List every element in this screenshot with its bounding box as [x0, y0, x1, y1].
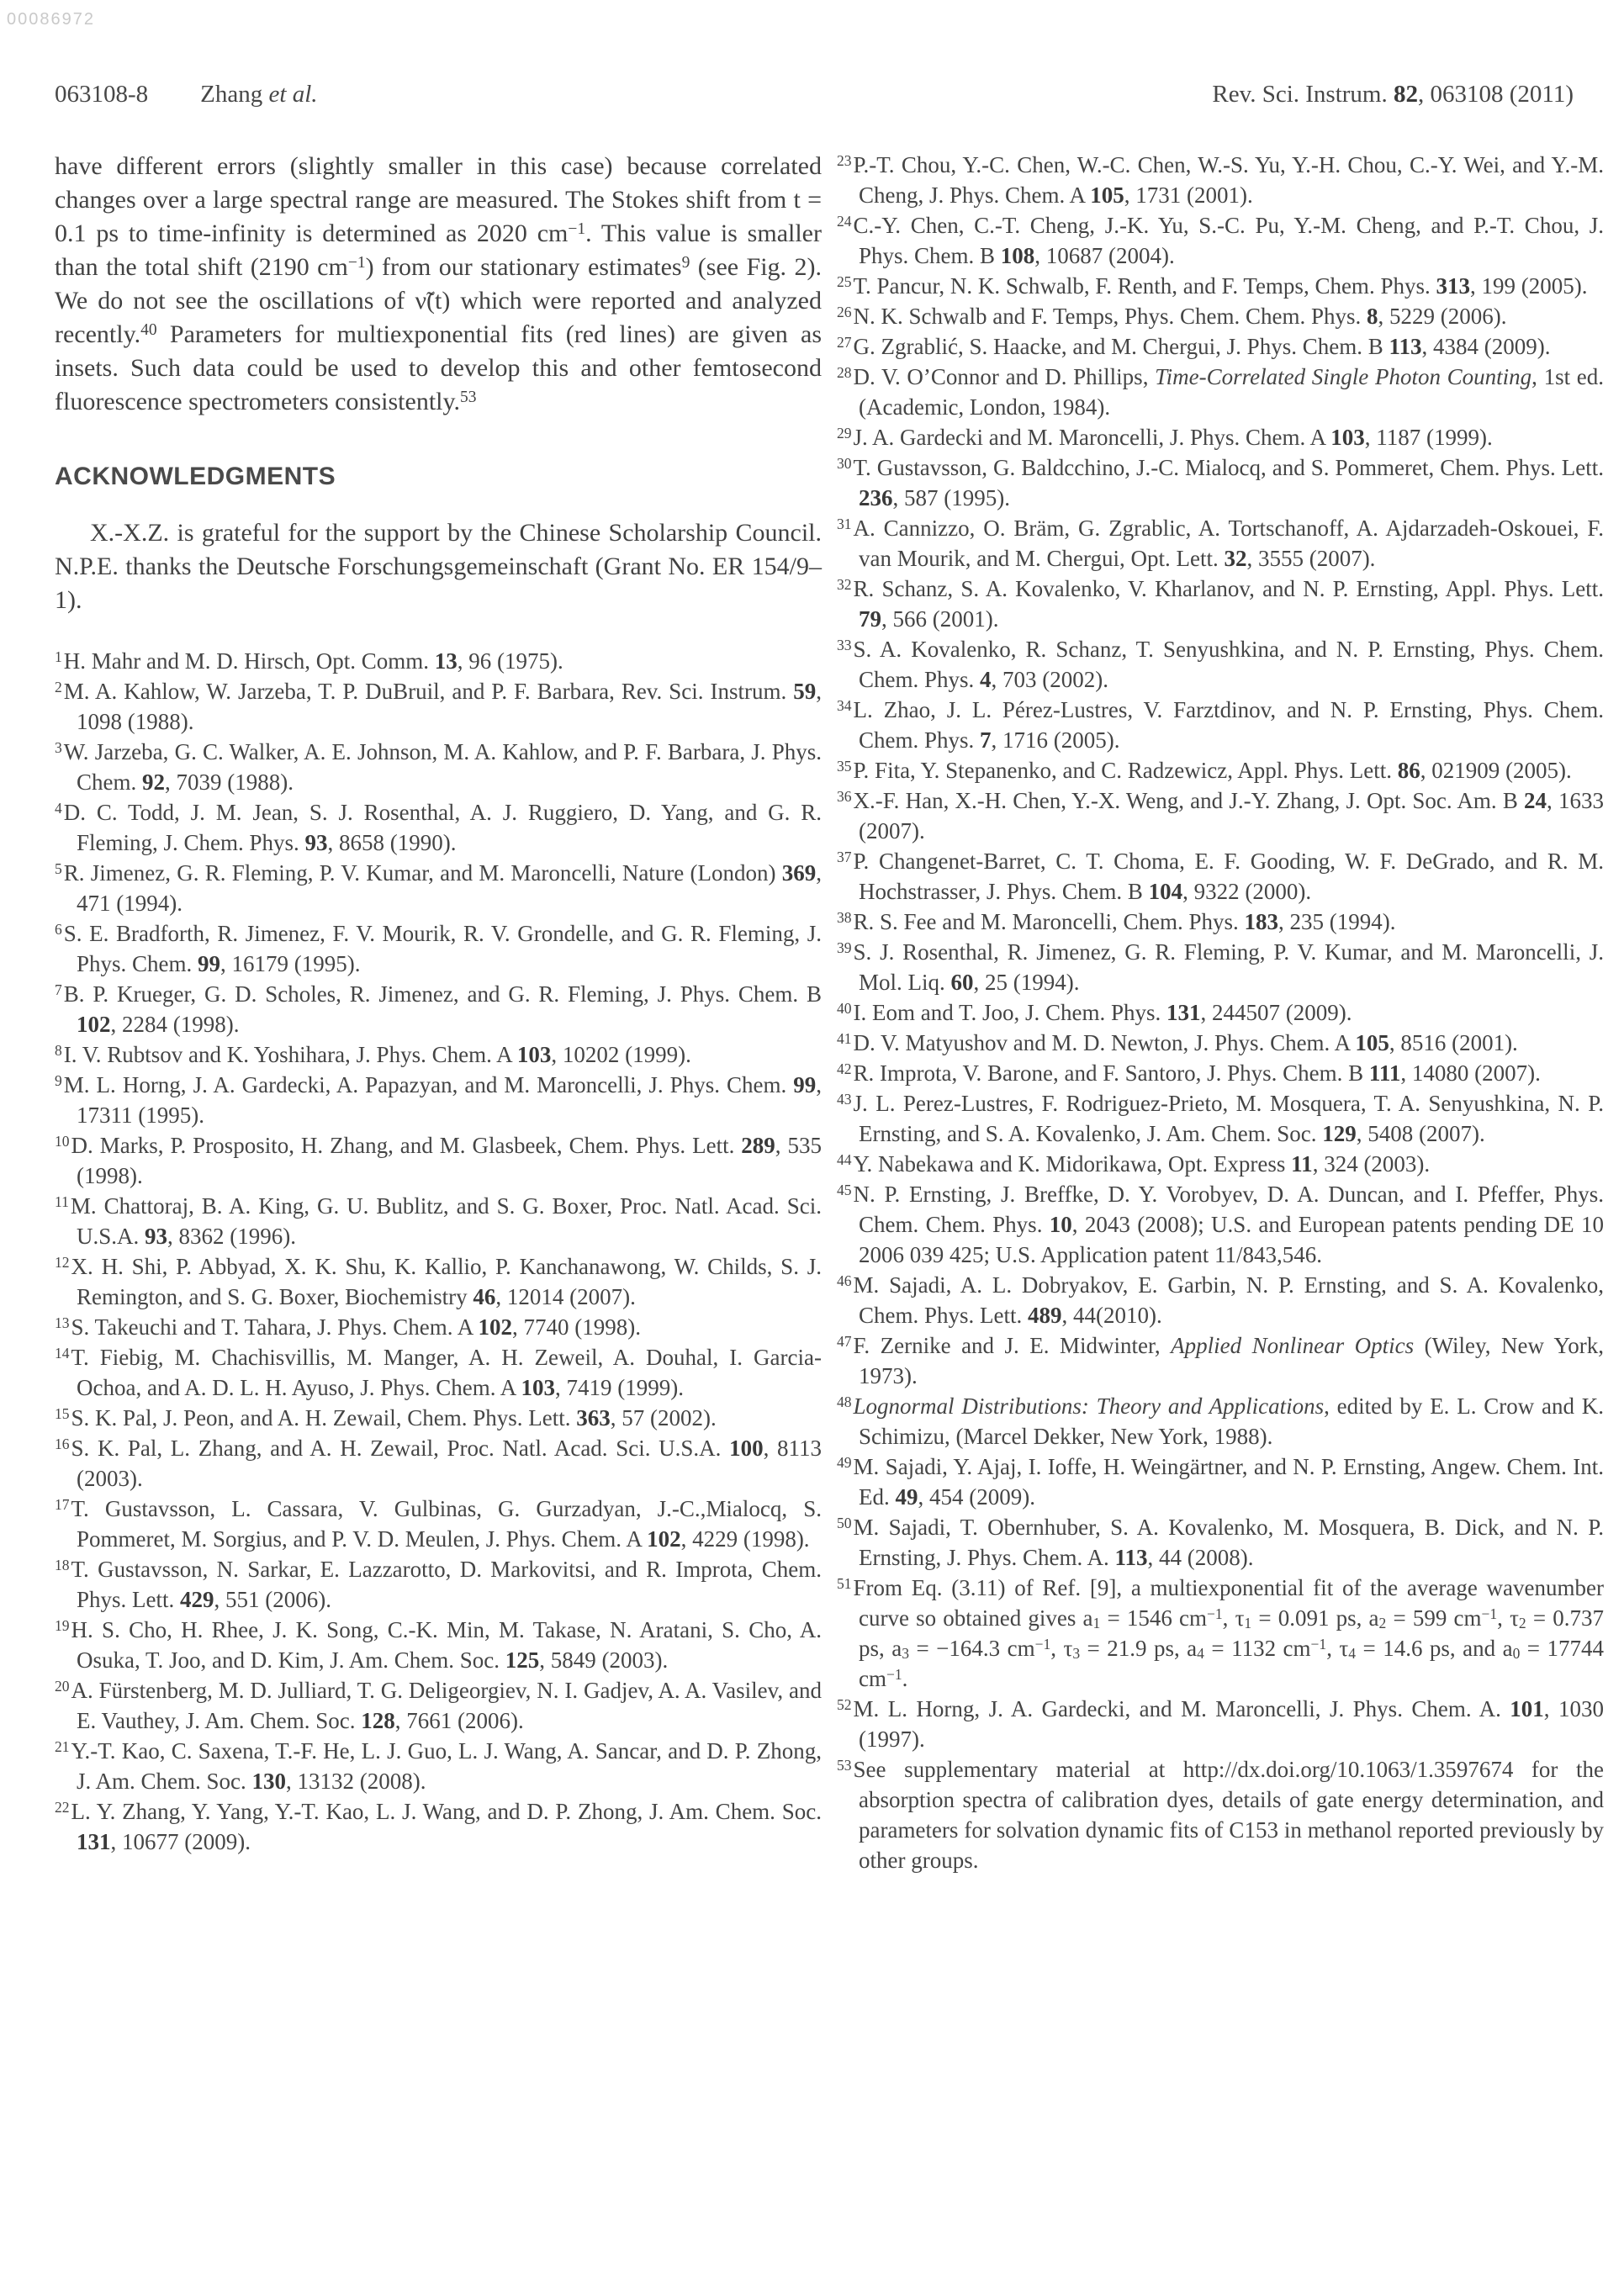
reference-number: 46	[837, 1272, 852, 1289]
reference-item: 29J. A. Gardecki and M. Maroncelli, J. P…	[837, 422, 1604, 452]
scan-id-watermark: 00086972	[7, 10, 95, 29]
reference-number: 51	[837, 1575, 852, 1592]
reference-number: 6	[55, 921, 62, 938]
reference-item: 30T. Gustavsson, G. Baldcchino, J.-C. Mi…	[837, 452, 1604, 513]
reference-item: 37P. Changenet-Barret, C. T. Choma, E. F…	[837, 846, 1604, 907]
reference-number: 28	[837, 364, 852, 381]
reference-number: 40	[837, 1000, 852, 1017]
reference-number: 32	[837, 576, 852, 593]
reference-number: 1	[55, 648, 62, 665]
reference-item: 16S. K. Pal, L. Zhang, and A. H. Zewail,…	[55, 1433, 822, 1494]
running-header: 063108-8Zhang et al. Rev. Sci. Instrum. …	[55, 81, 1574, 108]
reference-item: 19H. S. Cho, H. Rhee, J. K. Song, C.-K. …	[55, 1615, 822, 1675]
running-header-left: 063108-8Zhang et al.	[55, 81, 318, 108]
reference-item: 23P.-T. Chou, Y.-C. Chen, W.-C. Chen, W.…	[837, 150, 1604, 210]
reference-item: 43J. L. Perez-Lustres, F. Rodriguez-Prie…	[837, 1088, 1604, 1149]
reference-number: 45	[837, 1182, 852, 1198]
reference-number: 20	[55, 1678, 70, 1695]
reference-item: 46M. Sajadi, A. L. Dobryakov, E. Garbin,…	[837, 1270, 1604, 1330]
reference-item: 39S. J. Rosenthal, R. Jimenez, G. R. Fle…	[837, 937, 1604, 997]
reference-item: 44Y. Nabekawa and K. Midorikawa, Opt. Ex…	[837, 1149, 1604, 1179]
reference-number: 5	[55, 860, 62, 877]
reference-number: 2	[55, 679, 62, 695]
reference-number: 14	[55, 1345, 70, 1362]
reference-number: 4	[55, 800, 62, 817]
reference-item: 41D. V. Matyushov and M. D. Newton, J. P…	[837, 1028, 1604, 1058]
reference-number: 23	[837, 152, 852, 169]
reference-number: 50	[837, 1515, 852, 1531]
reference-item: 14T. Fiebig, M. Chachisvillis, M. Manger…	[55, 1342, 822, 1403]
reference-item: 32R. Schanz, S. A. Kovalenko, V. Kharlan…	[837, 574, 1604, 634]
reference-item: 13S. Takeuchi and T. Tahara, J. Phys. Ch…	[55, 1312, 822, 1342]
reference-number: 48	[837, 1393, 852, 1410]
reference-item: 1H. Mahr and M. D. Hirsch, Opt. Comm. 13…	[55, 646, 822, 676]
references-list-left: 1H. Mahr and M. D. Hirsch, Opt. Comm. 13…	[55, 646, 822, 1857]
reference-number: 13	[55, 1314, 70, 1331]
reference-number: 35	[837, 758, 852, 775]
reference-item: 48Lognormal Distributions: Theory and Ap…	[837, 1391, 1604, 1452]
reference-item: 2M. A. Kahlow, W. Jarzeba, T. P. DuBruil…	[55, 676, 822, 737]
reference-number: 21	[55, 1738, 70, 1755]
reference-item: 36X.-F. Han, X.-H. Chen, Y.-X. Weng, and…	[837, 785, 1604, 846]
reference-number: 41	[837, 1030, 852, 1047]
reference-item: 21Y.-T. Kao, C. Saxena, T.-F. He, L. J. …	[55, 1736, 822, 1796]
reference-item: 42R. Improta, V. Barone, and F. Santoro,…	[837, 1058, 1604, 1088]
journal-volume: 82	[1394, 81, 1418, 108]
reference-number: 11	[55, 1193, 69, 1210]
reference-number: 9	[55, 1072, 62, 1089]
reference-number: 34	[837, 697, 852, 714]
acknowledgments-paragraph: X.-X.Z. is grateful for the support by t…	[55, 516, 822, 617]
reference-item: 6S. E. Bradforth, R. Jimenez, F. V. Mour…	[55, 918, 822, 979]
reference-number: 12	[55, 1254, 70, 1271]
reference-item: 50M. Sajadi, T. Obernhuber, S. A. Kovale…	[837, 1512, 1604, 1573]
reference-number: 44	[837, 1151, 852, 1168]
reference-item: 10D. Marks, P. Prosposito, H. Zhang, and…	[55, 1130, 822, 1191]
reference-number: 24	[837, 213, 852, 230]
paper-page: 00086972 063108-8Zhang et al. Rev. Sci. …	[0, 0, 1624, 2295]
page-citation-id: 063108-8	[55, 81, 148, 108]
reference-item: 52M. L. Horng, J. A. Gardecki, and M. Ma…	[837, 1694, 1604, 1754]
reference-item: 35P. Fita, Y. Stepanenko, and C. Radzewi…	[837, 755, 1604, 785]
reference-number: 26	[837, 304, 852, 320]
reference-item: 45N. P. Ernsting, J. Breffke, D. Y. Voro…	[837, 1179, 1604, 1270]
reference-item: 47F. Zernike and J. E. Midwinter, Applie…	[837, 1330, 1604, 1391]
running-header-right: Rev. Sci. Instrum. 82, 063108 (2011)	[1212, 81, 1574, 108]
reference-item: 9M. L. Horng, J. A. Gardecki, A. Papazya…	[55, 1070, 822, 1130]
reference-number: 42	[837, 1060, 852, 1077]
reference-number: 43	[837, 1091, 852, 1108]
reference-number: 8	[55, 1042, 62, 1059]
reference-number: 37	[837, 849, 852, 865]
reference-number: 19	[55, 1617, 70, 1634]
reference-number: 39	[837, 939, 852, 956]
reference-number: 16	[55, 1436, 70, 1452]
reference-item: 4D. C. Todd, J. M. Jean, S. J. Rosenthal…	[55, 797, 822, 858]
reference-item: 15S. K. Pal, J. Peon, and A. H. Zewail, …	[55, 1403, 822, 1433]
acknowledgments-heading: ACKNOWLEDGMENTS	[55, 463, 822, 491]
reference-item: 53See supplementary material at http://d…	[837, 1754, 1604, 1875]
reference-item: 18T. Gustavsson, N. Sarkar, E. Lazzarott…	[55, 1554, 822, 1615]
reference-item: 27G. Zgrablić, S. Haacke, and M. Chergui…	[837, 331, 1604, 362]
reference-item: 11M. Chattoraj, B. A. King, G. U. Bublit…	[55, 1191, 822, 1251]
reference-item: 17T. Gustavsson, L. Cassara, V. Gulbinas…	[55, 1494, 822, 1554]
reference-item: 26N. K. Schwalb and F. Temps, Phys. Chem…	[837, 301, 1604, 331]
reference-item: 12X. H. Shi, P. Abbyad, X. K. Shu, K. Ka…	[55, 1251, 822, 1312]
reference-number: 7	[55, 981, 62, 998]
et-al-label: et al.	[269, 81, 318, 108]
reference-number: 15	[55, 1405, 70, 1422]
right-column: 23P.-T. Chou, Y.-C. Chen, W.-C. Chen, W.…	[837, 150, 1604, 1875]
reference-number: 33	[837, 637, 852, 653]
reference-item: 20A. Fürstenberg, M. D. Julliard, T. G. …	[55, 1675, 822, 1736]
reference-item: 51From Eq. (3.11) of Ref. [9], a multiex…	[837, 1573, 1604, 1694]
reference-item: 25T. Pancur, N. K. Schwalb, F. Renth, an…	[837, 271, 1604, 301]
references-list-right: 23P.-T. Chou, Y.-C. Chen, W.-C. Chen, W.…	[837, 150, 1604, 1875]
reference-number: 53	[837, 1757, 852, 1774]
reference-number: 30	[837, 455, 852, 472]
reference-number: 27	[837, 334, 852, 351]
body-paragraph: have different errors (slightly smaller …	[55, 150, 822, 419]
reference-number: 38	[837, 909, 852, 926]
reference-number: 25	[837, 273, 852, 290]
reference-number: 18	[55, 1557, 70, 1573]
left-column: have different errors (slightly smaller …	[55, 150, 822, 1875]
reference-item: 3W. Jarzeba, G. C. Walker, A. E. Johnson…	[55, 737, 822, 797]
reference-number: 49	[837, 1454, 852, 1471]
reference-number: 29	[837, 425, 852, 442]
reference-item: 7B. P. Krueger, G. D. Scholes, R. Jimene…	[55, 979, 822, 1039]
reference-item: 31A. Cannizzo, O. Bräm, G. Zgrablic, A. …	[837, 513, 1604, 574]
reference-item: 28D. V. O’Connor and D. Phillips, Time-C…	[837, 362, 1604, 422]
two-column-layout: have different errors (slightly smaller …	[55, 150, 1604, 1875]
reference-number: 17	[55, 1496, 70, 1513]
reference-item: 33S. A. Kovalenko, R. Schanz, T. Senyush…	[837, 634, 1604, 695]
reference-number: 10	[55, 1133, 70, 1150]
reference-item: 40I. Eom and T. Joo, J. Chem. Phys. 131,…	[837, 997, 1604, 1028]
reference-number: 36	[837, 788, 852, 805]
reference-item: 38R. S. Fee and M. Maroncelli, Chem. Phy…	[837, 907, 1604, 937]
reference-item: 24C.-Y. Chen, C.-T. Cheng, J.-K. Yu, S.-…	[837, 210, 1604, 271]
reference-item: 5R. Jimenez, G. R. Fleming, P. V. Kumar,…	[55, 858, 822, 918]
reference-item: 34L. Zhao, J. L. Pérez-Lustres, V. Farzt…	[837, 695, 1604, 755]
reference-number: 22	[55, 1799, 70, 1816]
reference-number: 52	[837, 1696, 852, 1713]
reference-item: 49M. Sajadi, Y. Ajaj, I. Ioffe, H. Weing…	[837, 1452, 1604, 1512]
reference-number: 31	[837, 516, 852, 532]
running-authors: Zhang et al.	[200, 81, 317, 108]
reference-number: 47	[837, 1333, 852, 1350]
reference-item: 22L. Y. Zhang, Y. Yang, Y.-T. Kao, L. J.…	[55, 1796, 822, 1857]
reference-number: 3	[55, 739, 62, 756]
reference-item: 8I. V. Rubtsov and K. Yoshihara, J. Phys…	[55, 1039, 822, 1070]
